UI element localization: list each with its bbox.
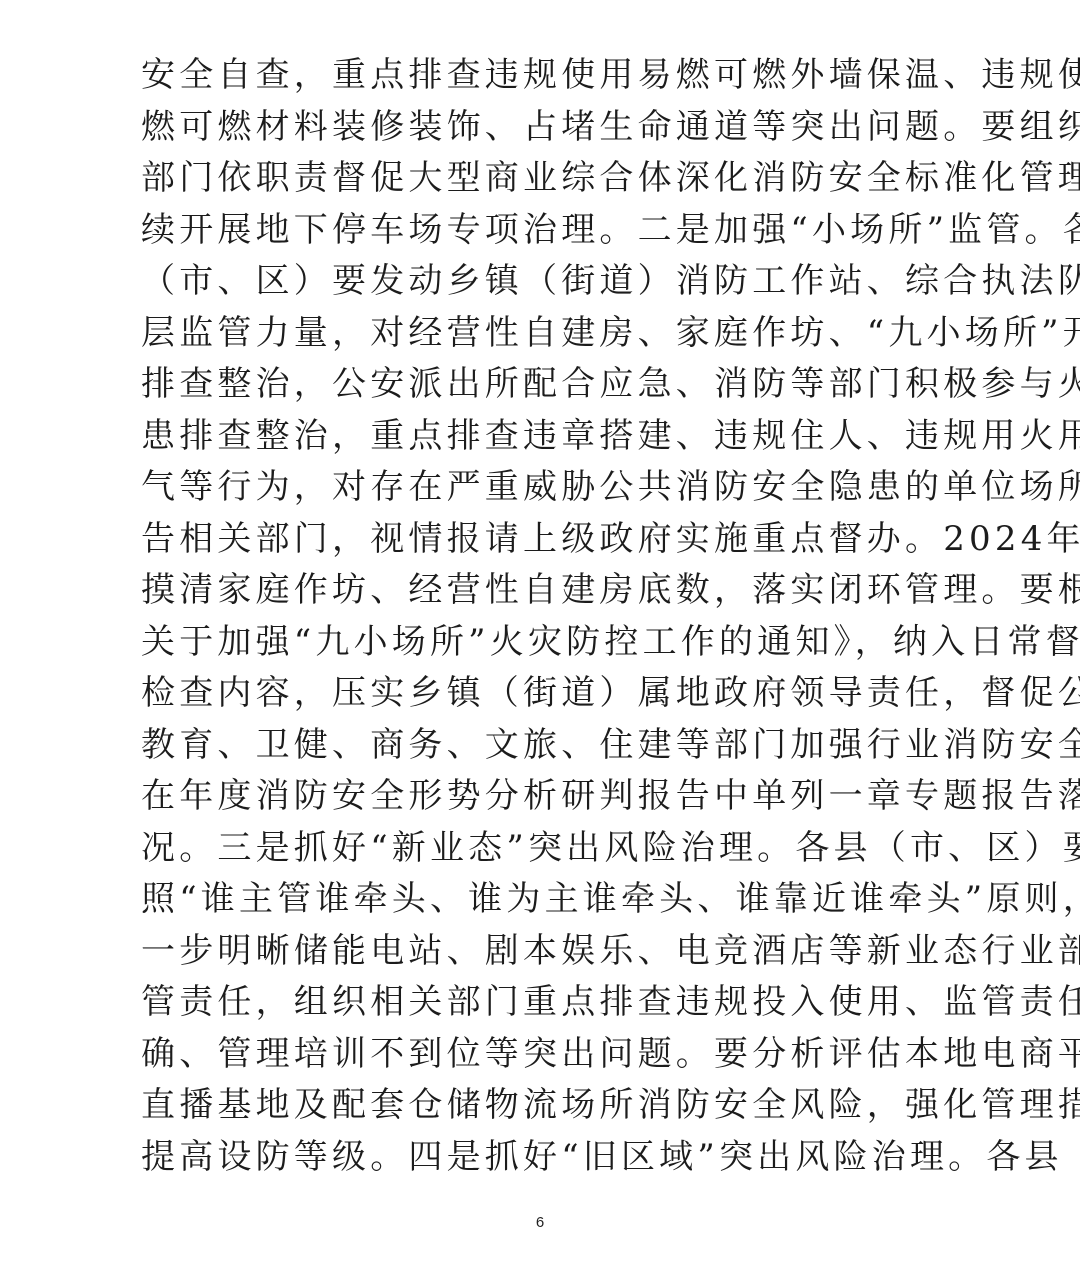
text-line: 气等行为，对存在严重威胁公共消防安全隐患的单位场所，抄: [141, 462, 941, 514]
text-line: 确、管理培训不到位等突出问题。要分析评估本地电商平台、: [141, 1029, 941, 1081]
text-line: 照“谁主管谁牵头、谁为主谁牵头、谁靠近谁牵头”原则，进: [141, 874, 941, 926]
text-line: 层监管力量，对经营性自建房、家庭作坊、“九小场所”开展: [141, 308, 941, 360]
text-line: （市、区）要发动乡镇（街道）消防工作站、综合执法队等基: [141, 256, 941, 308]
text-line: 管责任，组织相关部门重点排查违规投入使用、监管责任不明: [141, 977, 941, 1029]
page-number: 6: [0, 1214, 1080, 1231]
text-line: 续开展地下停车场专项治理。二是加强“小场所”监管。各县: [141, 205, 941, 257]
text-line: 在年度消防安全形势分析研判报告中单列一章专题报告落实情: [141, 771, 941, 823]
text-line: 检查内容，压实乡镇（街道）属地政府领导责任，督促公安、: [141, 668, 941, 720]
document-page: 安全自查，重点排查违规使用易燃可燃外墙保温、违规使用易 燃可燃材料装修装饰、占堵…: [0, 0, 1080, 1269]
text-line: 关于加强“九小场所”火灾防控工作的通知》，纳入日常督导: [141, 617, 941, 669]
text-line: 安全自查，重点排查违规使用易燃可燃外墙保温、违规使用易: [141, 50, 941, 102]
text-line: 直播基地及配套仓储物流场所消防安全风险，强化管理措施，: [141, 1080, 941, 1132]
text-line: 况。三是抓好“新业态”突出风险治理。各县（市、区）要按: [141, 823, 941, 875]
body-text: 安全自查，重点排查违规使用易燃可燃外墙保温、违规使用易 燃可燃材料装修装饰、占堵…: [141, 50, 941, 1183]
text-line: 患排查整治，重点排查违章搭建、违规住人、违规用火用电用: [141, 411, 941, 463]
text-line: 教育、卫健、商务、文旅、住建等部门加强行业消防安全管理，: [141, 720, 941, 772]
text-line: 部门依职责督促大型商业综合体深化消防安全标准化管理，持: [141, 153, 941, 205]
text-line: 提高设防等级。四是抓好“旧区域”突出风险治理。各县（市、: [141, 1132, 941, 1184]
text-line: 摸清家庭作坊、经营性自建房底数，落实闭环管理。要根据《: [141, 565, 941, 617]
text-line: 燃可燃材料装修装饰、占堵生命通道等突出问题。要组织相关: [141, 102, 941, 154]
text-line: 排查整治，公安派出所配合应急、消防等部门积极参与火灾隐: [141, 359, 941, 411]
text-line: 一步明晰储能电站、剧本娱乐、电竞酒店等新业态行业部门监: [141, 926, 941, 978]
text-line: 告相关部门，视情报请上级政府实施重点督办。2024年，基本: [141, 514, 941, 566]
